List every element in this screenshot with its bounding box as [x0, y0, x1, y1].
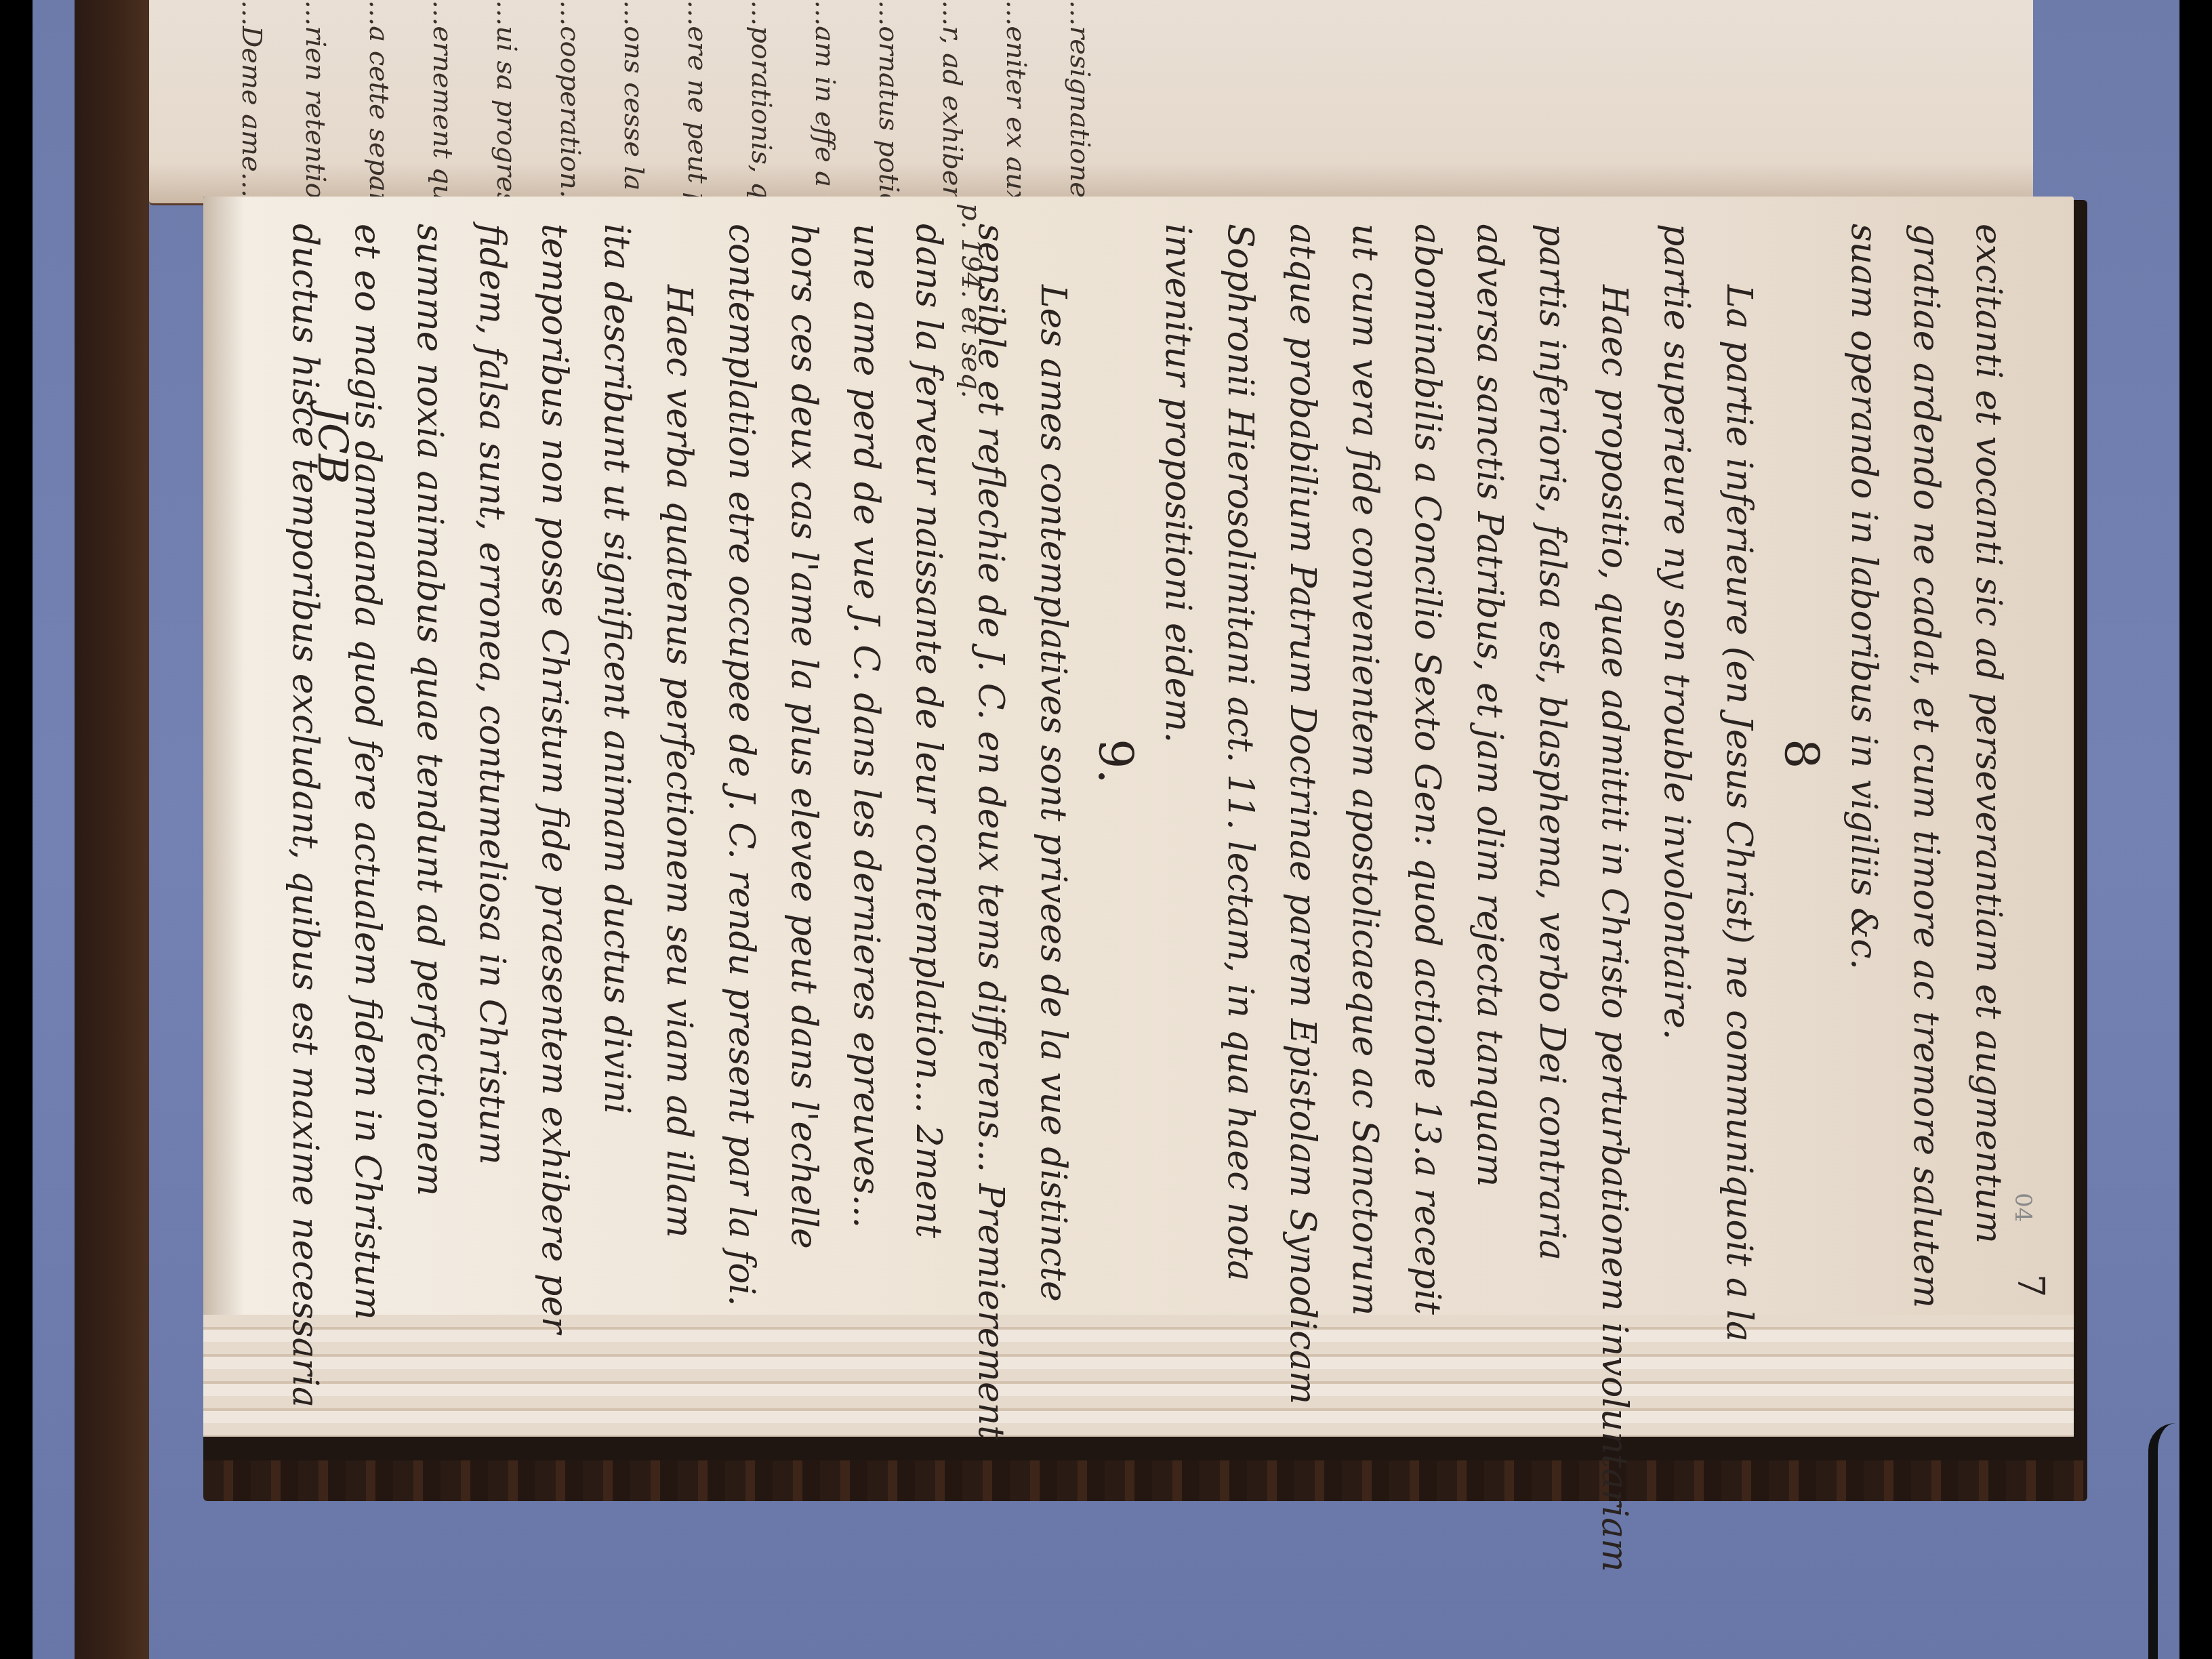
text-line: et eo magis damnanda quod fere actualem …: [336, 224, 398, 1335]
text-line: adversa sanctis Patribus, et jam olim re…: [1458, 224, 1521, 1335]
text-line: partis inferioris, falsa est, blasphema,…: [1521, 224, 1583, 1335]
facing-line: ...ernement qui...: [411, 0, 474, 197]
section-number-9: 9.: [1084, 224, 1147, 1335]
text-line: dans la ferveur naissante de leur contem…: [897, 224, 960, 1335]
text-line: La partie inferieure (en Jesus Christ) n…: [1708, 224, 1770, 1335]
photo-frame-right: [2179, 0, 2212, 1659]
text-line: sensible et reflechie de J. C. en deux t…: [960, 224, 1022, 1335]
facing-line: ...porationis, quod...: [729, 0, 793, 197]
photo-frame-left: [0, 0, 33, 1659]
section-number-8: 8: [1770, 224, 1832, 1335]
facing-line: ...resignatione perma...: [1048, 0, 1111, 197]
facing-line: ...ons cesse la pu...: [602, 0, 665, 197]
text-line: temporibus non posse Christum fide praes…: [523, 224, 586, 1335]
text-line: abominabilis a Concilio Sexto Gen: quod …: [1396, 224, 1458, 1335]
text-line: suam operando in laboribus in vigiliis &…: [1832, 224, 1895, 1335]
text-line: fidem, falsa sunt, erronea, contumeliosa…: [461, 224, 523, 1335]
facing-line: ...cooperation...: [538, 0, 602, 197]
text-line: invenitur propositioni eidem.: [1147, 224, 1209, 1335]
facing-line: ...rien retention...: [283, 0, 347, 197]
text-line: ut cum vera fide convenientem apostolica…: [1334, 224, 1396, 1335]
text-line: Haec propositio, quae admittit in Christ…: [1583, 224, 1645, 1335]
text-line: excitanti et vocanti sic ad perseveranti…: [1957, 224, 2020, 1335]
text-line: ita describunt ut significent animam duc…: [586, 224, 648, 1335]
text-line: gratiae ardendo ne cadat, et cum timore …: [1895, 224, 1957, 1335]
facing-line: ...r, ad exhibendum...: [920, 0, 984, 197]
facing-line: ...am in effe a Christo... p. 192.: [793, 0, 857, 197]
facing-line: ...ere ne peut pos...: [665, 0, 729, 197]
text-line: partie superieure ny son trouble involon…: [1645, 224, 1708, 1335]
text-line: hors ces deux cas l'ame la plus elevee p…: [773, 224, 835, 1335]
text-line: atque probabilium Patrum Doctrinae parem…: [1271, 224, 1334, 1335]
gutter-shadow: [203, 197, 244, 1410]
manuscript-text: excitanti et vocanti sic ad perseveranti…: [285, 224, 2020, 1335]
text-line: Sophronii Hierosolimitani act. 11. lecta…: [1209, 224, 1271, 1335]
text-line: ductus hisce temporibus excludant, quibu…: [274, 224, 336, 1335]
cable: [2148, 1423, 2185, 1659]
text-line: Haec verba quatenus perfectionem seu via…: [648, 224, 710, 1335]
text-line: summe noxia animabus quae tendunt ad per…: [398, 224, 461, 1335]
text-line: contemplation etre occupee de J. C. rend…: [710, 224, 773, 1335]
facing-line: ...ornatus potion...: [857, 0, 920, 197]
text-line: Les ames contemplatives sont privees de …: [1022, 224, 1084, 1335]
text-line: une ame perd de vue J. C. dans les derni…: [835, 224, 897, 1335]
facing-line: ...a cette separa...: [347, 0, 411, 197]
book-cover-edge: [75, 0, 149, 1659]
facing-page-text: ...resignatione perma... ...eniter ex au…: [163, 0, 1111, 197]
damaged-page-edge: [203, 1460, 2087, 1501]
facing-line: ...Deme ame...: [220, 0, 283, 197]
facing-line: ...eniter ex auxi...: [984, 0, 1048, 197]
facing-line: ...ui sa progressions...: [474, 0, 538, 197]
